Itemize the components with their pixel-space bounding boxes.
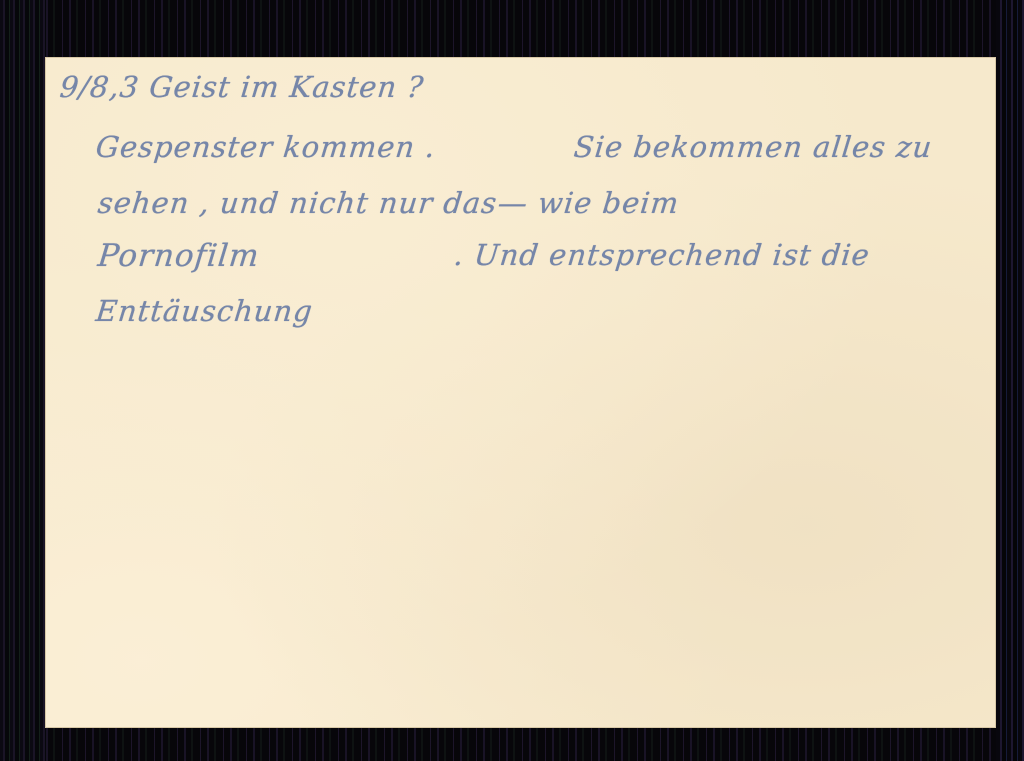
handwritten-line-2-start: Gespenster kommen . xyxy=(94,130,437,164)
scan-background-left xyxy=(0,0,46,761)
handwritten-line-2-end: Sie bekommen alles zu xyxy=(572,130,934,164)
handwritten-line-4-start: Pornofilm xyxy=(96,238,261,274)
handwritten-line-3-end: — wie beim xyxy=(496,186,681,220)
index-card: 9/8,3 Geist im Kasten ? Gespenster komme… xyxy=(46,58,995,727)
handwritten-line-3-start: sehen , und nicht nur das xyxy=(96,186,499,220)
handwritten-line-4-end: . Und entsprechend ist die xyxy=(452,238,871,272)
scan-background-right xyxy=(996,0,1024,761)
handwritten-line-5: Enttäuschung xyxy=(94,294,314,328)
handwritten-line-date-heading: 9/8,3 Geist im Kasten ? xyxy=(58,70,426,104)
